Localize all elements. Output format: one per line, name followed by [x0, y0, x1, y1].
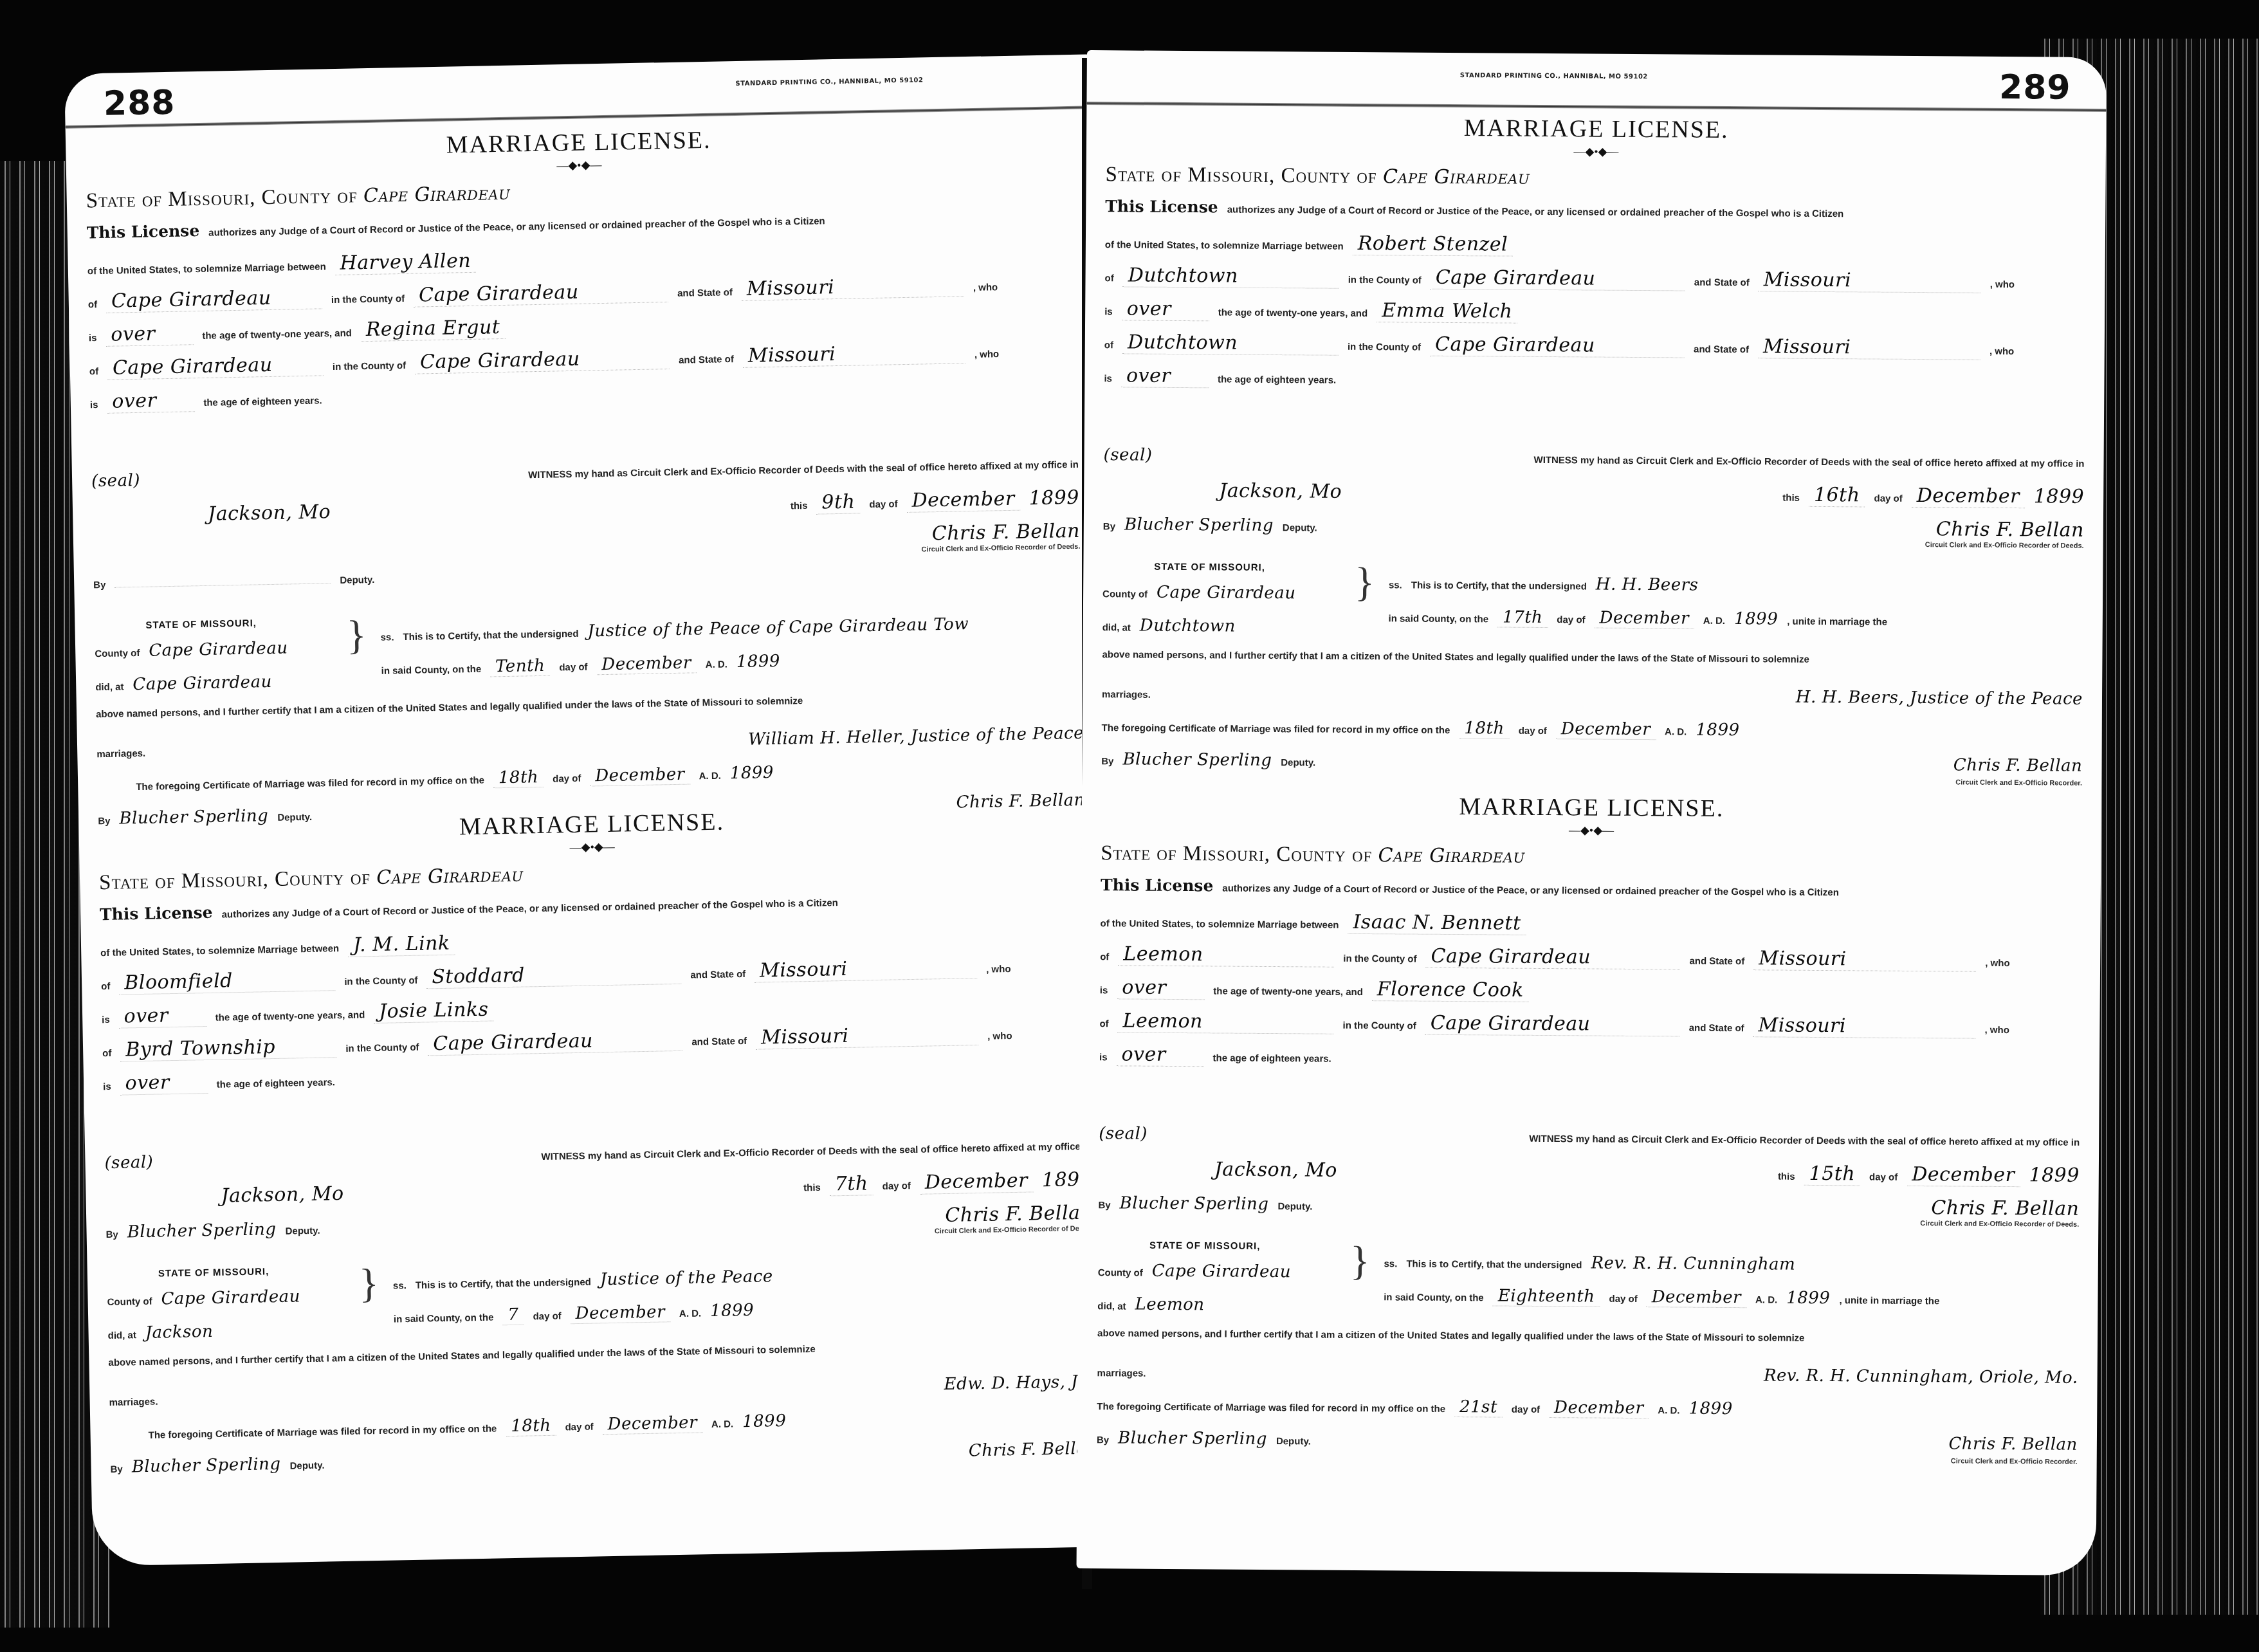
in-county-label: in the County of [331, 293, 405, 306]
state-label: and State of [1694, 277, 1750, 289]
bride-residence: Cape Girardeau [107, 353, 324, 380]
issue-place: Jackson, Mo [1214, 1158, 1337, 1181]
cert-day: Eighteenth [1493, 1286, 1600, 1307]
bride-county: Cape Girardeau [428, 1028, 683, 1056]
deputy-signature: Blucher Sperling [1120, 1193, 1269, 1214]
brace-icon: } [1349, 1242, 1370, 1319]
state-prefix: State of Missouri, County of [86, 184, 358, 212]
of-label: of [102, 1048, 111, 1059]
cert-month: December [1594, 609, 1694, 629]
cert-year: 1899 [710, 1301, 755, 1321]
day-of-label: day of [869, 499, 898, 510]
day-of-label: day of [1519, 726, 1547, 737]
state-prefix: State of Missouri, County of [1101, 841, 1372, 867]
of-label: of [1104, 340, 1113, 351]
cert-state: STATE OF MISSOURI, [1102, 561, 1347, 574]
state-label: and State of [690, 969, 745, 981]
cert-day: 7 [502, 1305, 524, 1326]
brace-icon: } [1355, 563, 1375, 641]
bride-age-line: is over the age of eighteen years. [89, 372, 1077, 414]
marriage-license: MARRIAGE LICENSE. —◆•◆— State of Missour… [98, 801, 1097, 1481]
state-county-line: State of Missouri, County of Cape Girard… [1106, 163, 2087, 194]
deputy-signature [115, 583, 331, 587]
of-label: of [1099, 1018, 1108, 1029]
in-county-label: in the County of [345, 1042, 419, 1054]
in-county-label: in the County of [1348, 342, 1421, 353]
who-label: , who [1985, 958, 2009, 969]
authorizes-text: authorizes any Judge of a Court of Recor… [221, 897, 838, 920]
of-label: of [1104, 273, 1113, 284]
recorded-day: 18th [493, 767, 544, 788]
is-label: is [1100, 985, 1108, 996]
authorizes-text: authorizes any Judge of a Court of Recor… [1222, 883, 1839, 899]
header-rule [1086, 102, 2106, 112]
cert-place: Jackson [145, 1322, 213, 1343]
clerk-signature: Chris F. Bellan [1931, 1197, 2079, 1220]
cert-year: 1899 [1786, 1289, 1830, 1308]
state-label: and State of [677, 287, 733, 299]
this-license-label: This License [86, 221, 199, 242]
certificate-block: STATE OF MISSOURI, County ofCape Girarde… [107, 1251, 1095, 1347]
recorded-month: December [1556, 719, 1656, 740]
cert-place: Cape Girardeau [133, 672, 272, 694]
cert-month: December [1647, 1287, 1747, 1308]
clerk-signature: Chris F. Bellan [1936, 518, 2084, 542]
unite-text: , unite in marriage the [1787, 616, 1887, 628]
officiant-signature: Edw. D. Hays, J.P. [944, 1372, 1096, 1395]
cert-state: STATE OF MISSOURI, [94, 616, 338, 632]
state-label: and State of [679, 354, 734, 366]
cert-state: STATE OF MISSOURI, [1098, 1240, 1342, 1253]
issue-place: Jackson, Mo [208, 500, 331, 526]
deputy-line: By Deputy. [93, 561, 1081, 603]
ad-label: A. D. [679, 1308, 701, 1319]
day-of-label: day of [565, 1422, 594, 1433]
recorded-day: 18th [1459, 719, 1509, 739]
groom-name: J. M. Link [348, 932, 455, 957]
this-label: this [803, 1182, 821, 1194]
brace-icon: } [359, 1264, 380, 1343]
marriages-label: marriages. [96, 748, 145, 760]
brace-icon: } [346, 616, 367, 694]
groom-county: Cape Girardeau [1425, 945, 1680, 970]
marriages-label: marriages. [109, 1397, 158, 1408]
day-of-label: day of [1609, 1294, 1638, 1305]
ss-label: ss. [1389, 580, 1402, 591]
age-21-label: the age of twenty-one years, and [1218, 307, 1368, 319]
by-label: By [1103, 521, 1115, 532]
who-label: , who [974, 349, 1000, 360]
day-of-label: day of [1557, 614, 1585, 625]
officiant: Justice of the Peace of Cape Girardeau T… [587, 614, 969, 641]
recorded-month: December [590, 765, 690, 787]
certificate-block: STATE OF MISSOURI, County ofCape Girarde… [1102, 561, 2084, 646]
recorded-year: 1899 [1688, 1399, 1732, 1418]
who-label: , who [973, 282, 998, 293]
cert-county-label: County of [95, 648, 140, 659]
bride-name: Florence Cook [1372, 978, 1529, 1002]
above-named-text: above named persons, and I further certi… [1097, 1328, 1804, 1344]
recorded-deputy: Blucher Sperling [1118, 1428, 1267, 1449]
bride-county: Cape Girardeau [1425, 1012, 1680, 1037]
in-said-county-label: in said County, on the [1389, 613, 1489, 625]
solemnize-text: of the United States, to solemnize Marri… [87, 261, 326, 277]
officiant: H. H. Beers [1596, 575, 1699, 595]
is-label: is [89, 333, 97, 344]
license-county: Cape Girardeau [1383, 165, 1530, 189]
deputy-label: Deputy. [1277, 1201, 1312, 1212]
issue-day: 16th [1809, 484, 1865, 508]
issue-day: 15th [1804, 1162, 1860, 1186]
groom-residence: Bloomfield [119, 968, 336, 995]
day-of-label: day of [553, 773, 581, 785]
day-of-label: day of [533, 1311, 562, 1323]
state-label: and State of [691, 1036, 747, 1048]
day-of-label: day of [883, 1180, 911, 1192]
state-label: and State of [1689, 956, 1744, 968]
recorded-deputy: Blucher Sperling [131, 1455, 280, 1476]
groom-state: Missouri [755, 955, 978, 983]
ad-label: A. D. [711, 1418, 733, 1430]
cert-county-label: County of [1102, 589, 1148, 600]
cert-month: December [596, 653, 697, 675]
recorded-year: 1899 [729, 763, 774, 783]
of-label: of [89, 366, 98, 377]
officiant-signature: H. H. Beers, Justice of the Peace [1796, 688, 2083, 709]
ledger-page-289: 289 STANDARD PRINTING CO., HANNIBAL, MO … [1077, 50, 2107, 1575]
this-label: this [791, 500, 808, 512]
bride-residence: Byrd Township [120, 1034, 337, 1061]
groom-age: over [105, 322, 194, 347]
seal-mark: (seal) [1099, 1124, 1148, 1144]
is-label: is [1104, 373, 1112, 384]
solemnize-text: of the United States, to solemnize Marri… [1105, 239, 1344, 252]
of-label: of [88, 299, 97, 310]
witness-text: WITNESS my hand as Circuit Clerk and Ex-… [528, 459, 1079, 481]
recorded-clerk: Chris F. Bellan [1948, 1434, 2078, 1454]
marriages-label: marriages. [1097, 1368, 1146, 1379]
cert-state: STATE OF MISSOURI, [107, 1265, 351, 1280]
issue-year: 1899 [2029, 1164, 2080, 1187]
ad-label: A. D. [706, 659, 727, 670]
who-label: , who [1985, 1025, 2009, 1036]
ledger-page-288: 288 STANDARD PRINTING CO., HANNIBAL, MO … [64, 54, 1119, 1566]
cert-place: Dutchtown [1140, 616, 1236, 636]
recorded-year: 1899 [742, 1411, 787, 1431]
seal-mark: (seal) [91, 471, 140, 491]
by-label: By [1098, 1200, 1110, 1211]
age-21-label: the age of twenty-one years, and [202, 327, 352, 341]
bride-name: Josie Links [374, 998, 494, 1023]
bride-age: over [1121, 364, 1209, 388]
age-18-label: the age of eighteen years. [217, 1077, 336, 1090]
foregoing-text: The foregoing Certificate of Marriage wa… [1097, 1401, 1445, 1415]
groom-state: Missouri [741, 273, 964, 301]
above-named-text: above named persons, and I further certi… [96, 695, 803, 720]
bride-name: Regina Ergut [360, 316, 505, 342]
deputy-label: Deputy. [340, 574, 374, 586]
bride-state: Missouri [1753, 1014, 1975, 1038]
cert-county-label: County of [107, 1296, 152, 1308]
state-county-line: State of Missouri, County of Cape Girard… [1101, 841, 2081, 872]
page-number: 288 [103, 84, 176, 124]
certificate-block: STATE OF MISSOURI, County ofCape Girarde… [94, 602, 1083, 699]
by-label: By [105, 1229, 118, 1240]
officiant: Justice of the Peace [600, 1267, 774, 1289]
officiant-signature: Rev. R. H. Cunningham, Oriole, Mo. [1764, 1366, 2078, 1387]
ad-label: A. D. [1755, 1294, 1777, 1305]
recorded-clerk: Chris F. Bellan [1953, 755, 2083, 775]
state-label: and State of [1694, 344, 1749, 356]
marriage-license: MARRIAGE LICENSE. —◆•◆— State of Missour… [1101, 111, 2087, 787]
cert-day: Tenth [490, 656, 551, 677]
did-at-label: did, at [108, 1330, 136, 1341]
solemnize-text: of the United States, to solemnize Marri… [100, 943, 339, 959]
issue-day: 7th [829, 1172, 873, 1196]
issue-year: 1899 [2034, 485, 2085, 508]
recorded-deputy: Blucher Sperling [1122, 749, 1272, 770]
cert-county: Cape Girardeau [1152, 1262, 1292, 1282]
bride-residence: Leemon [1118, 1009, 1334, 1034]
bride-county: Cape Girardeau [1430, 333, 1685, 358]
by-label: By [110, 1464, 123, 1475]
is-label: is [90, 399, 98, 410]
in-county-label: in the County of [333, 360, 406, 372]
above-named-text: above named persons, and I further certi… [1102, 649, 1809, 665]
who-label: , who [1989, 346, 2014, 357]
bride-county: Cape Girardeau [415, 346, 670, 374]
seal-mark: (seal) [104, 1153, 153, 1173]
clerk-signature: Chris F. Bellan [932, 520, 1081, 545]
bride-age: over [107, 389, 195, 414]
certify-text: This is to Certify, that the undersigned [403, 629, 578, 643]
bride-state: Missouri [1758, 335, 1980, 360]
above-named-text: above named persons, and I further certi… [108, 1344, 815, 1368]
age-21-label: the age of twenty-one years, and [215, 1009, 365, 1023]
foregoing-text: The foregoing Certificate of Marriage wa… [148, 1423, 497, 1440]
deputy-label: Deputy. [289, 1460, 324, 1472]
foregoing-text: The foregoing Certificate of Marriage wa… [1102, 722, 1450, 736]
in-said-county-label: in said County, on the [381, 664, 481, 677]
this-license-label: This License [1101, 876, 1214, 895]
is-label: is [1104, 306, 1113, 317]
certificate-block: STATE OF MISSOURI, County ofCape Girarde… [1097, 1240, 2079, 1325]
deputy-label: Deputy. [1276, 1436, 1311, 1447]
cert-county: Cape Girardeau [161, 1287, 300, 1308]
issue-year: 1899 [1029, 486, 1079, 509]
recorded-day: 21st [1454, 1397, 1503, 1418]
ss-label: ss. [1384, 1258, 1397, 1269]
of-label: of [1100, 951, 1109, 962]
state-prefix: State of Missouri, County of [99, 866, 371, 894]
marriage-license: MARRIAGE LICENSE. —◆•◆— State of Missour… [1097, 790, 2082, 1466]
groom-state: Missouri [1753, 947, 1976, 971]
recorded-month: December [602, 1413, 702, 1435]
cert-county: Cape Girardeau [1157, 583, 1296, 603]
age-21-label: the age of twenty-one years, and [1213, 986, 1363, 998]
in-county-label: in the County of [344, 975, 417, 987]
is-label: is [1099, 1052, 1108, 1063]
by-label: By [93, 580, 106, 591]
cert-place: Leemon [1135, 1295, 1204, 1315]
groom-name: Robert Stenzel [1353, 232, 1514, 257]
groom-age: over [1117, 976, 1204, 1000]
issue-place: Jackson, Mo [221, 1182, 344, 1207]
bride-name: Emma Welch [1376, 299, 1517, 324]
issue-month: December [1907, 1163, 2020, 1187]
recorded-year: 1899 [1696, 720, 1739, 740]
groom-name: Isaac N. Bennett [1348, 911, 1526, 935]
witness-text: WITNESS my hand as Circuit Clerk and Ex-… [1533, 455, 2084, 470]
groom-county: Cape Girardeau [1431, 266, 1685, 291]
printer-imprint: STANDARD PRINTING CO., HANNIBAL, MO 5910… [1460, 72, 1648, 80]
by-label: By [1097, 1435, 1109, 1445]
cert-day: 17th [1497, 607, 1548, 628]
age-18-label: the age of eighteen years. [1218, 374, 1336, 385]
in-county-label: in the County of [1348, 275, 1422, 286]
groom-name: Harvey Allen [334, 250, 476, 275]
is-label: is [102, 1014, 110, 1025]
unite-text: , unite in marriage the [1839, 1295, 1939, 1307]
page-number: 289 [1999, 68, 2071, 107]
witness-text: WITNESS my hand as Circuit Clerk and Ex-… [541, 1141, 1092, 1162]
authorizes-text: authorizes any Judge of a Court of Recor… [1227, 205, 1844, 220]
cert-year: 1899 [736, 652, 781, 672]
issue-month: December [1912, 484, 2025, 508]
in-county-label: in the County of [1343, 953, 1416, 965]
did-at-label: did, at [1097, 1301, 1126, 1312]
state-label: and State of [1689, 1023, 1744, 1034]
ad-label: A. D. [1658, 1405, 1679, 1416]
officiant: Rev. R. H. Cunningham [1591, 1254, 1795, 1274]
groom-age: over [118, 1004, 206, 1029]
printer-imprint: STANDARD PRINTING CO., HANNIBAL, MO 5910… [735, 77, 923, 87]
of-label: of [101, 981, 110, 992]
ss-label: ss. [380, 632, 394, 643]
age-18-label: the age of eighteen years. [203, 395, 322, 408]
bride-residence: Dutchtown [1122, 331, 1339, 355]
in-said-county-label: in said County, on the [394, 1312, 494, 1325]
ss-label: ss. [393, 1280, 407, 1291]
marriages-label: marriages. [1102, 689, 1151, 701]
issue-place: Jackson, Mo [1219, 479, 1342, 502]
deputy-signature: Blucher Sperling [127, 1220, 276, 1242]
did-at-label: did, at [1102, 622, 1131, 633]
ad-label: A. D. [699, 771, 721, 782]
marriage-license: MARRIAGE LICENSE. —◆•◆— State of Missour… [85, 119, 1085, 832]
who-label: , who [987, 1031, 1012, 1042]
ad-label: A. D. [1703, 616, 1725, 627]
clerk-signature: Chris F. Bellan [945, 1202, 1093, 1227]
cert-county: Cape Girardeau [149, 638, 288, 660]
license-title: MARRIAGE LICENSE. [1106, 111, 2087, 147]
solemnize-text: of the United States, to solemnize Marri… [1100, 918, 1339, 931]
bride-age: over [1116, 1043, 1203, 1067]
by-label: By [1101, 756, 1113, 767]
deputy-signature: Blucher Sperling [1124, 515, 1274, 535]
cert-county-label: County of [1098, 1267, 1143, 1278]
this-license-label: This License [1105, 197, 1218, 216]
this-label: this [1778, 1171, 1795, 1182]
cert-year: 1899 [1734, 609, 1778, 629]
cert-month: December [570, 1302, 670, 1324]
seal-mark: (seal) [1104, 445, 1153, 465]
authorizes-text: authorizes any Judge of a Court of Recor… [208, 216, 825, 238]
is-label: is [103, 1081, 111, 1092]
witness-text: WITNESS my hand as Circuit Clerk and Ex-… [1529, 1133, 2080, 1148]
in-said-county-label: in said County, on the [1384, 1292, 1484, 1303]
issue-month: December [906, 488, 1020, 513]
in-county-label: in the County of [1343, 1020, 1416, 1032]
recorded-day: 18th [506, 1416, 556, 1436]
officiant-signature: William H. Heller, Justice of the Peace [748, 724, 1084, 749]
issue-day: 9th [816, 490, 861, 514]
day-of-label: day of [1874, 493, 1902, 504]
license-county: Cape Girardeau [363, 182, 511, 207]
who-label: , who [986, 964, 1011, 975]
who-label: , who [1990, 279, 2015, 290]
bride-age: over [120, 1070, 208, 1096]
certify-text: This is to Certify, that the undersigned [1406, 1259, 1582, 1271]
license-county: Cape Girardeau [1378, 844, 1524, 868]
bride-state: Missouri [742, 340, 965, 368]
license-county: Cape Girardeau [376, 864, 524, 889]
bride-state: Missouri [756, 1022, 979, 1050]
license-title: MARRIAGE LICENSE. [1101, 790, 2082, 825]
did-at-label: did, at [95, 681, 123, 693]
deputy-label: Deputy. [1283, 522, 1317, 533]
day-of-label: day of [1869, 1172, 1898, 1183]
deputy-label: Deputy. [285, 1225, 320, 1237]
groom-residence: Leemon [1118, 942, 1334, 967]
this-label: this [1782, 493, 1800, 504]
age-18-label: the age of eighteen years. [1213, 1052, 1331, 1064]
deputy-label: Deputy. [1281, 757, 1315, 768]
groom-county: Stoddard [426, 961, 682, 989]
issue-month: December [920, 1169, 1034, 1194]
recorded-month: December [1549, 1398, 1649, 1418]
this-license-label: This License [100, 903, 213, 924]
certify-text: This is to Certify, that the undersigned [1411, 580, 1587, 592]
ad-label: A. D. [1665, 726, 1687, 737]
groom-age: over [1122, 297, 1209, 321]
day-of-label: day of [559, 662, 588, 674]
groom-state: Missouri [1759, 268, 1981, 293]
groom-residence: Dutchtown [1123, 264, 1339, 288]
certify-text: This is to Certify, that the undersigned [416, 1277, 591, 1291]
state-prefix: State of Missouri, County of [1106, 163, 1377, 188]
groom-county: Cape Girardeau [414, 279, 669, 307]
groom-residence: Cape Girardeau [106, 286, 323, 313]
foregoing-text: The foregoing Certificate of Marriage wa… [136, 775, 484, 793]
day-of-label: day of [1512, 1404, 1540, 1415]
